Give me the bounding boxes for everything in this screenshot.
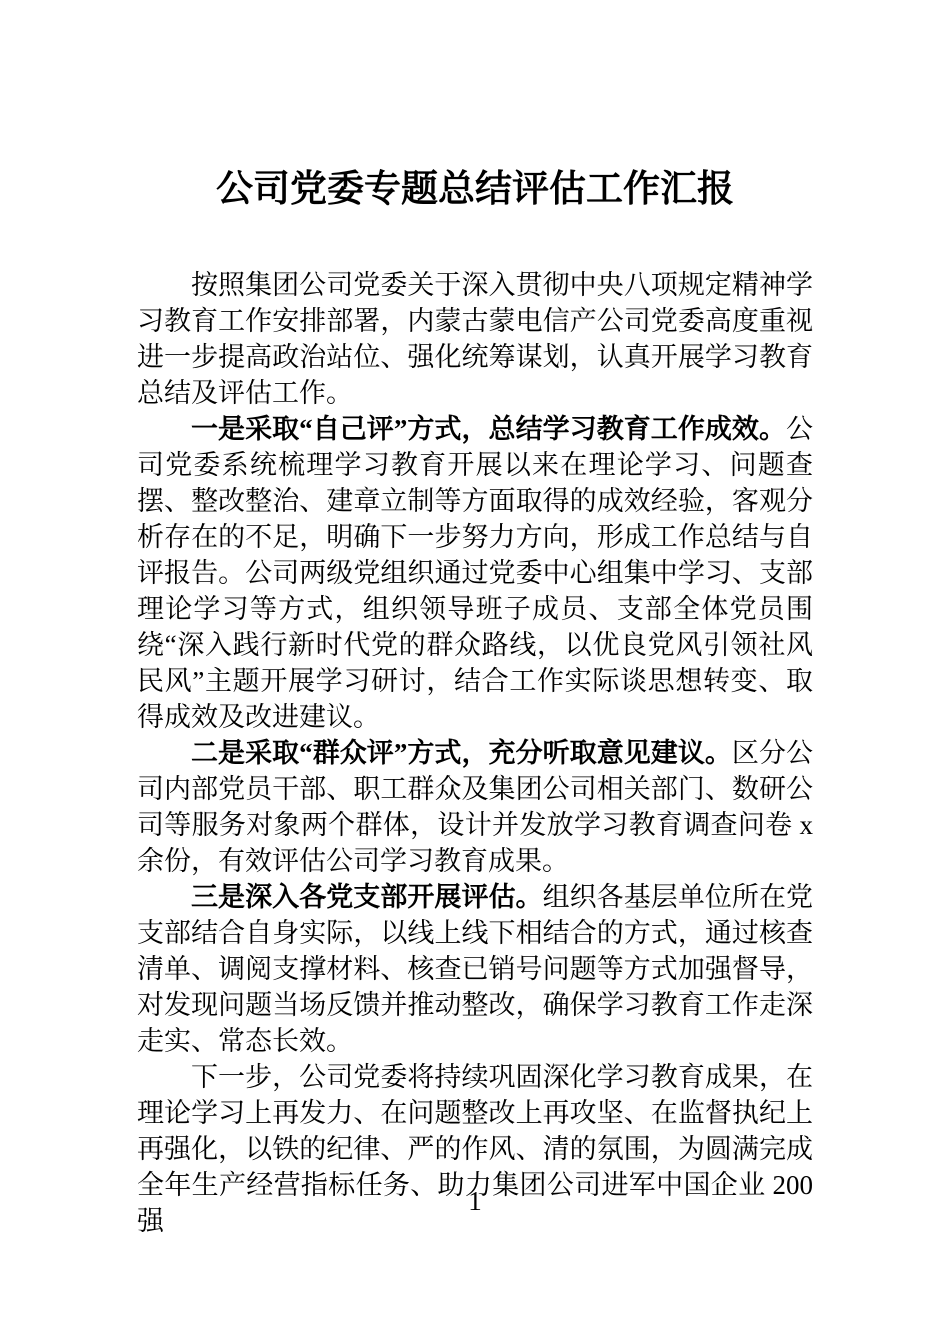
paragraph-lead: 二是采取“群众评”方式，充分听取意见建议。: [191, 738, 732, 768]
paragraph-point-one: 一是采取“自己评”方式，总结学习教育工作成效。公司党委系统梳理学习教育开展以来在…: [137, 411, 813, 735]
document-title: 公司党委专题总结评估工作汇报: [0, 0, 950, 213]
paragraph-text: 公司党委系统梳理学习教育开展以来在理论学习、问题查摆、整改整治、建章立制等方面取…: [137, 414, 813, 732]
document-page: 公司党委专题总结评估工作汇报 按照集团公司党委关于深入贯彻中央八项规定精神学习教…: [0, 0, 950, 1344]
paragraph-point-two: 二是采取“群众评”方式，充分听取意见建议。区分公司内部党员干部、职工群众及集团公…: [137, 735, 813, 879]
page-number: 1: [0, 1186, 950, 1216]
paragraph-text: 按照集团公司党委关于深入贯彻中央八项规定精神学习教育工作安排部署，内蒙古蒙电信产…: [137, 270, 813, 408]
paragraph-point-three: 三是深入各党支部开展评估。组织各基层单位所在党支部结合自身实际，以线上线下相结合…: [137, 879, 813, 1059]
document-body: 按照集团公司党委关于深入贯彻中央八项规定精神学习教育工作安排部署，内蒙古蒙电信产…: [137, 267, 813, 1239]
paragraph-intro: 按照集团公司党委关于深入贯彻中央八项规定精神学习教育工作安排部署，内蒙古蒙电信产…: [137, 267, 813, 411]
paragraph-lead: 三是深入各党支部开展评估。: [191, 882, 543, 912]
paragraph-lead: 一是采取“自己评”方式，总结学习教育工作成效。: [191, 414, 786, 444]
